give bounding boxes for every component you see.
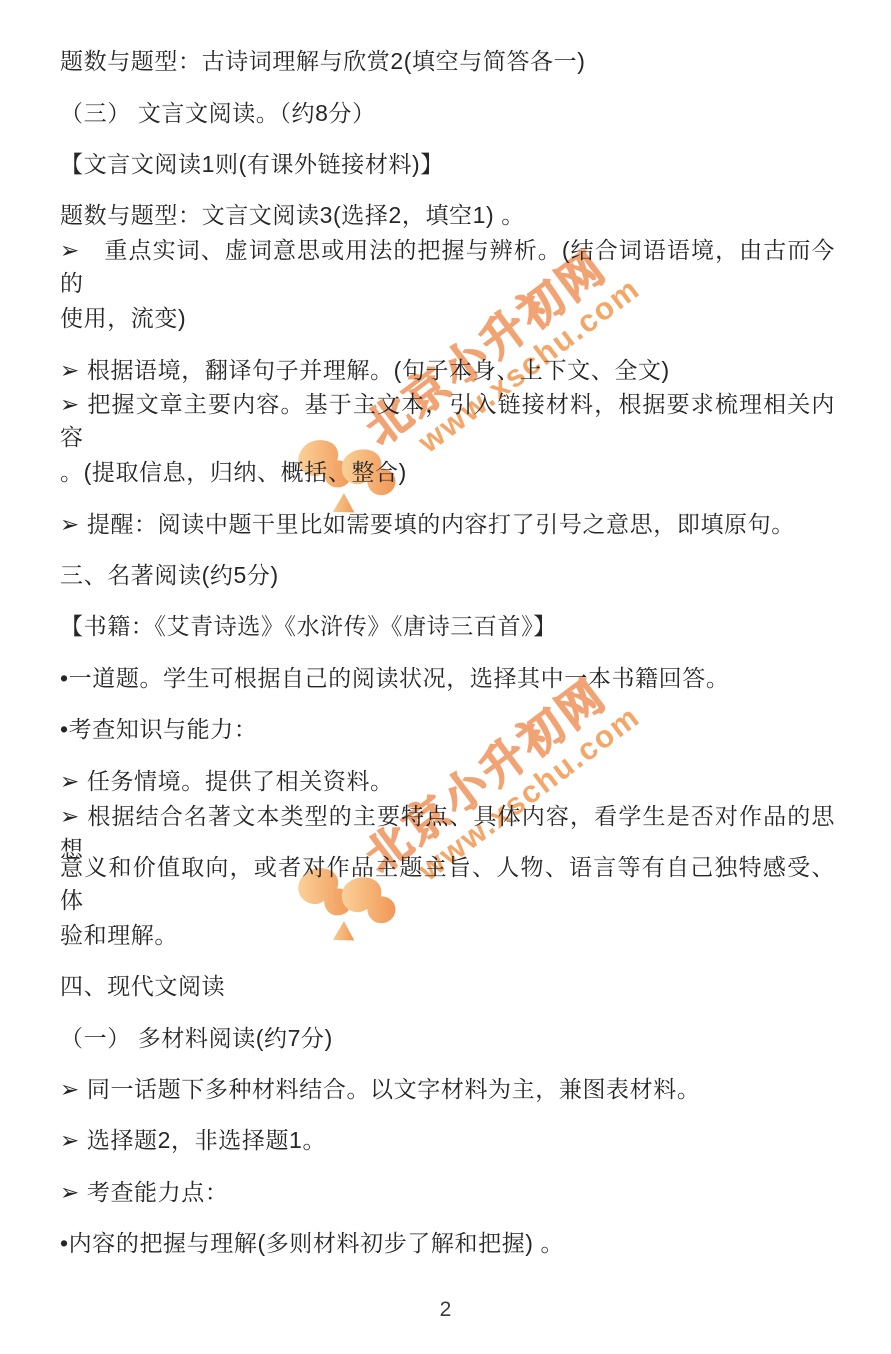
doc-line: 验和理解。 [60, 908, 835, 959]
doc-line: 四、现代文阅读 [60, 959, 835, 1010]
doc-line: 三、名著阅读(约5分) [60, 548, 835, 599]
doc-line: ➢ 提醒：阅读中题干里比如需要填的内容打了引号之意思，即填原句。 [60, 497, 835, 548]
doc-line: ➢ 考查能力点： [60, 1165, 835, 1216]
doc-line: •内容的把握与理解(多则材料初步了解和把握) 。 [60, 1216, 835, 1267]
doc-line: （一） 多材料阅读(约7分) [60, 1010, 835, 1061]
doc-line: 。(提取信息，归纳、概括、整合) [60, 445, 835, 496]
document-page: 北京小升初网 www.xschu.com 北京小升初网 www.xsc [0, 0, 891, 1354]
doc-line: （三） 文言文阅读。（约8分） [60, 85, 835, 136]
doc-line: 意义和价值取向，或者对作品主题主旨、人物、语言等有自己独特感受、体 [60, 856, 835, 907]
doc-line: 【书籍：《艾青诗选》《水浒传》《唐诗三百首》】 [60, 599, 835, 650]
doc-line: 使用，流变) [60, 291, 835, 342]
doc-line: ➢ 同一话题下多种材料结合。以文字材料为主，兼图表材料。 [60, 1062, 835, 1113]
doc-line: 【文言文阅读1则(有课外链接材料)】 [60, 137, 835, 188]
doc-line: •考查知识与能力： [60, 702, 835, 753]
page-number: 2 [0, 1298, 891, 1322]
doc-line: ➢ 把握文章主要内容。基于主文本，引入链接材料，根据要求梳理相关内容 [60, 394, 835, 445]
doc-line: •一道题。学生可根据自己的阅读状况，选择其中一本书籍回答。 [60, 651, 835, 702]
document-body: 题数与题型：古诗词理解与欣赏2(填空与简答各一) （三） 文言文阅读。（约8分）… [60, 34, 835, 1267]
doc-line: 题数与题型：古诗词理解与欣赏2(填空与简答各一) [60, 34, 835, 85]
doc-line: ➢ 重点实词、虚词意思或用法的把握与辨析。(结合词语语境，由古而今的 [60, 240, 835, 291]
doc-line: ➢ 选择题2，非选择题1。 [60, 1113, 835, 1164]
